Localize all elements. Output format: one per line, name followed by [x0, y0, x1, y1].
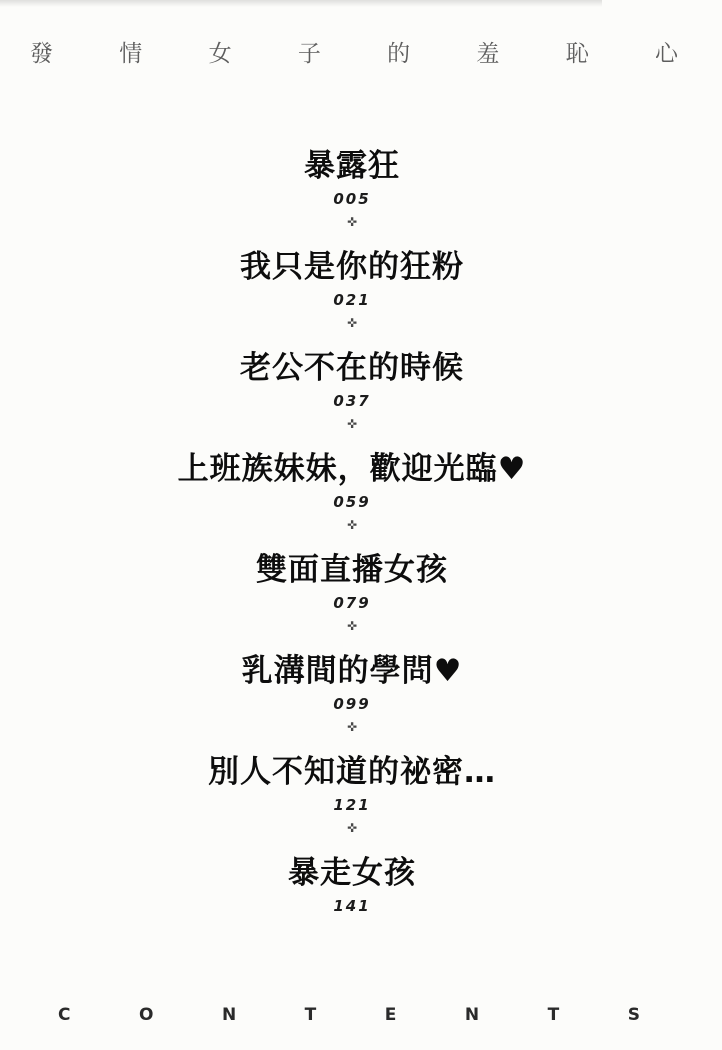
table-of-contents: 暴露狂 005 ✜ 我只是你的狂粉 021 ✜ 老公不在的時候 037 ✜ 上班…: [0, 146, 713, 954]
cross-separator-icon: ✜: [0, 215, 713, 229]
toc-entry: 雙面直播女孩 079 ✜: [0, 550, 713, 651]
chapter-page-number: 059: [0, 493, 713, 511]
chapter-page-number: 141: [0, 897, 713, 915]
chapter-page-number: 021: [0, 291, 713, 309]
chapter-page-number: 037: [0, 392, 713, 410]
cross-separator-icon: ✜: [0, 821, 713, 835]
chapter-page-number: 005: [0, 190, 713, 208]
letter: T: [305, 1004, 317, 1026]
toc-entry: 暴走女孩 141: [0, 853, 713, 954]
chapter-title: 我只是你的狂粉: [0, 247, 713, 287]
chapter-title: 暴走女孩: [0, 853, 713, 893]
cross-separator-icon: ✜: [0, 417, 713, 431]
toc-entry: 暴露狂 005 ✜: [0, 146, 713, 247]
letter: N: [222, 1004, 236, 1026]
chapter-title: 上班族妹妹，歡迎光臨♥: [0, 449, 713, 489]
chapter-title: 乳溝間的學問♥: [0, 651, 713, 691]
letter: 發: [30, 40, 53, 68]
letter: C: [58, 1004, 70, 1026]
letter: N: [465, 1004, 479, 1026]
cross-separator-icon: ✜: [0, 720, 713, 734]
toc-entry: 別人不知道的祕密… 121 ✜: [0, 752, 713, 853]
chapter-title: 別人不知道的祕密…: [0, 752, 713, 792]
chapter-title: 雙面直播女孩: [0, 550, 713, 590]
chapter-page-number: 079: [0, 594, 713, 612]
chapter-title: 暴露狂: [0, 146, 713, 186]
chapter-page-number: 121: [0, 796, 713, 814]
letter: 心: [655, 40, 678, 68]
letter: S: [628, 1004, 640, 1026]
toc-page: 發情女子的羞恥心 暴露狂 005 ✜ 我只是你的狂粉 021 ✜ 老公不在的時候…: [0, 0, 722, 1050]
letter: 羞: [476, 40, 499, 68]
cross-separator-icon: ✜: [0, 518, 713, 532]
letter: 女: [209, 40, 232, 68]
toc-entry: 老公不在的時候 037 ✜: [0, 348, 713, 449]
cross-separator-icon: ✜: [0, 619, 713, 633]
letter: 情: [119, 40, 142, 68]
contents-footer: CONTENTS: [58, 1004, 640, 1026]
letter: E: [385, 1004, 397, 1026]
toc-entry: 上班族妹妹，歡迎光臨♥ 059 ✜: [0, 449, 713, 550]
toc-entry: 我只是你的狂粉 021 ✜: [0, 247, 713, 348]
letter: 的: [387, 40, 410, 68]
letter: T: [548, 1004, 560, 1026]
book-title: 發情女子的羞恥心: [30, 40, 678, 68]
cross-separator-icon: ✜: [0, 316, 713, 330]
toc-entry: 乳溝間的學問♥ 099 ✜: [0, 651, 713, 752]
letter: 子: [298, 40, 321, 68]
chapter-title: 老公不在的時候: [0, 348, 713, 388]
chapter-page-number: 099: [0, 695, 713, 713]
letter: 恥: [566, 40, 589, 68]
letter: O: [139, 1004, 153, 1026]
